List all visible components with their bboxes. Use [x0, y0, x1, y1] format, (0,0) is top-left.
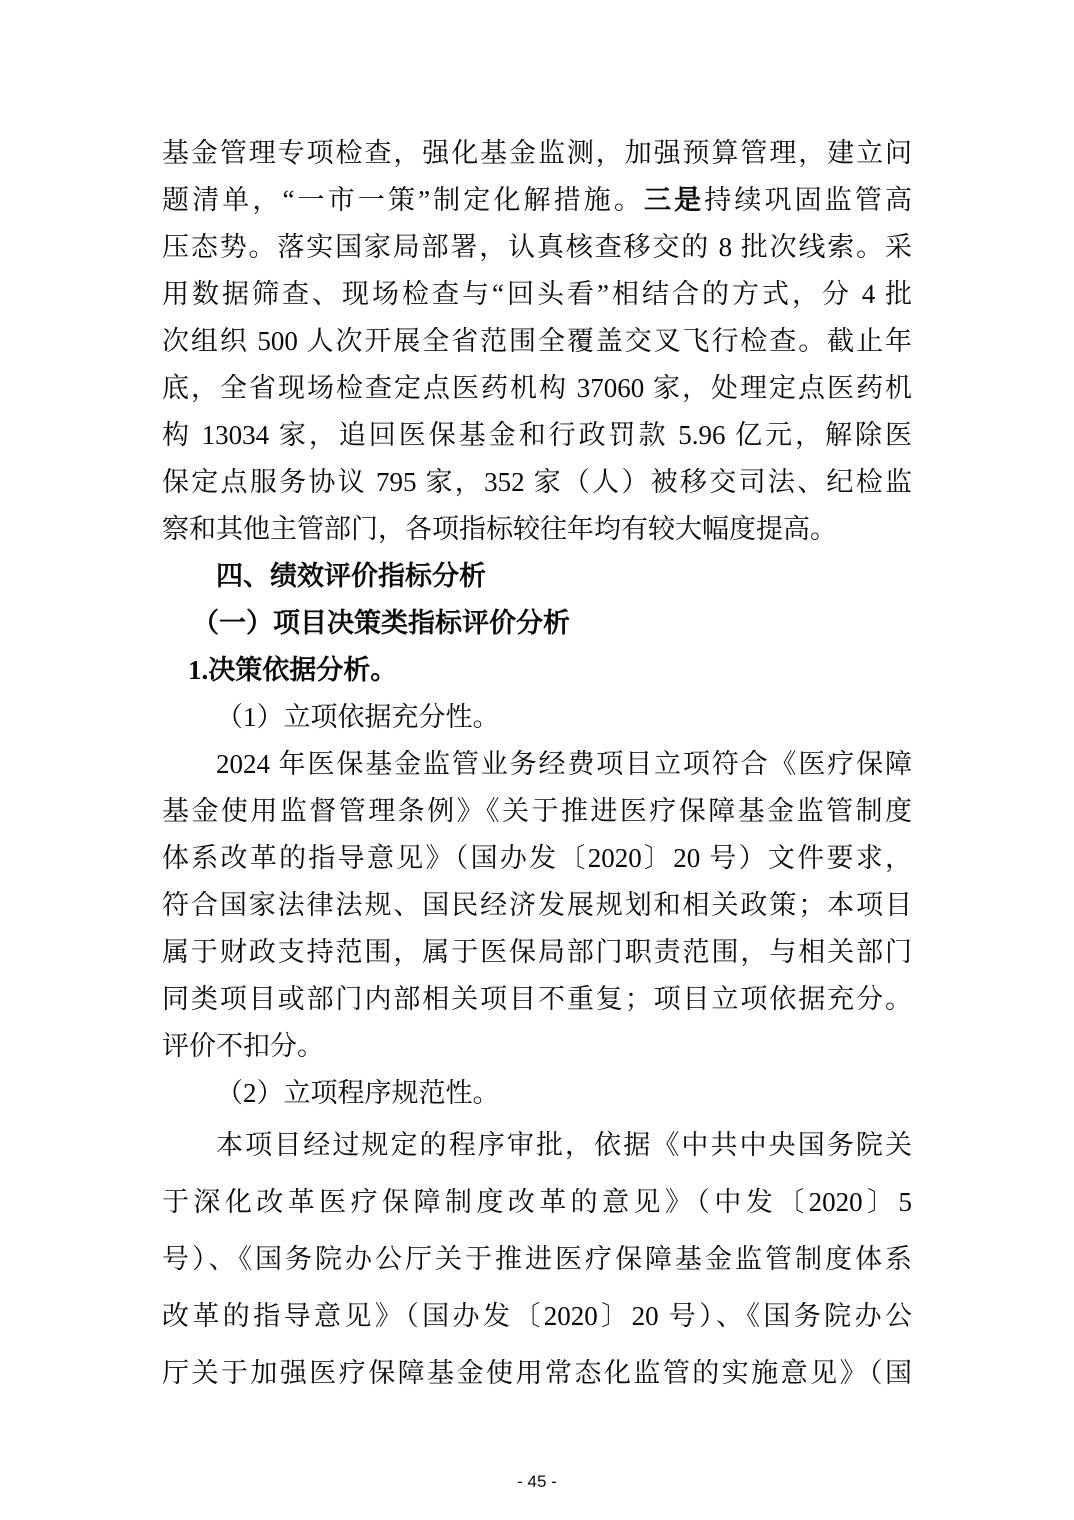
body-line: 底，全省现场检查定点医药机构 37060 家，处理定点医药机 [162, 365, 912, 412]
body-line: 号）、《国务院办公厅关于推进医疗保障基金监管制度体系 [162, 1231, 912, 1288]
page-number: - 45 - [0, 1472, 1074, 1492]
text-segment: 符合国家法律法规、国民经济发展规划和相关政策；本项目 [162, 890, 912, 920]
body-line: 保定点服务协议 795 家，352 家（人）被移交司法、纪检监 [162, 459, 912, 506]
body-line: 基金管理专项检查，强化基金监测，加强预算管理，建立问 [162, 130, 912, 177]
body-line: 本项目经过规定的程序审批，依据《中共中央国务院关 [162, 1117, 912, 1174]
text-segment: 基金使用监督管理条例》《关于推进医疗保障基金监管制度 [162, 796, 912, 826]
body-line: 构 13034 家，追回医保基金和行政罚款 5.96 亿元，解除医 [162, 412, 912, 459]
body-line: 基金使用监督管理条例》《关于推进医疗保障基金监管制度 [162, 788, 912, 835]
text-segment: 属于财政支持范围，属于医保局部门职责范围，与相关部门 [162, 937, 912, 967]
body-line: 符合国家法律法规、国民经济发展规划和相关政策；本项目 [162, 882, 912, 929]
section-heading: 四、绩效评价指标分析 [162, 553, 912, 600]
body-line: 同类项目或部门内部相关项目不重复；项目立项依据充分。 [162, 976, 912, 1023]
clause-heading: （1）立项依据充分性。 [162, 694, 912, 741]
body-line: 厅关于加强医疗保障基金使用常态化监管的实施意见》（国 [162, 1345, 912, 1402]
text-segment: 体系改革的指导意见》（国办发〔2020〕20 号）文件要求， [162, 843, 912, 873]
text-segment: 保定点服务协议 795 家，352 家（人）被移交司法、纪检监 [162, 467, 912, 497]
text-segment: 基金管理专项检查，强化基金监测，加强预算管理，建立问 [162, 138, 912, 168]
emphasized-text-segment: 三是 [644, 185, 704, 215]
body-line: 于深化改革医疗保障制度改革的意见》（中发〔2020〕5 [162, 1174, 912, 1231]
text-segment: 评价不扣分。 [162, 1031, 324, 1061]
text-segment: 底，全省现场检查定点医药机构 37060 家，处理定点医药机 [162, 373, 912, 403]
text-segment: 四、绩效评价指标分析 [216, 561, 486, 591]
body-line: 体系改革的指导意见》（国办发〔2020〕20 号）文件要求， [162, 835, 912, 882]
body-line: 题清单，“一市一策”制定化解措施。三是持续巩固监管高 [162, 177, 912, 224]
document-body: 基金管理专项检查，强化基金监测，加强预算管理，建立问题清单，“一市一策”制定化解… [162, 130, 912, 1402]
text-segment: 察和其他主管部门，各项指标较往年均有较大幅度提高。 [162, 514, 837, 544]
text-segment: 用数据筛查、现场检查与“回头看”相结合的方式，分 4 批 [162, 279, 912, 309]
body-line: 用数据筛查、现场检查与“回头看”相结合的方式，分 4 批 [162, 271, 912, 318]
text-segment: 题清单，“一市一策”制定化解措施。 [162, 185, 644, 215]
subsection-heading: （一）项目决策类指标评价分析 [162, 600, 912, 647]
text-segment: （1）立项依据充分性。 [216, 702, 500, 732]
body-line: 2024 年医保基金监管业务经费项目立项符合《医疗保障 [162, 741, 912, 788]
text-segment: 构 13034 家，追回医保基金和行政罚款 5.96 亿元，解除医 [162, 420, 912, 450]
text-segment: 厅关于加强医疗保障基金使用常态化监管的实施意见》（国 [162, 1358, 912, 1388]
numbered-heading: 1.决策依据分析。 [162, 647, 912, 694]
body-line: 评价不扣分。 [162, 1023, 912, 1070]
text-segment: 号）、《国务院办公厅关于推进医疗保障基金监管制度体系 [162, 1244, 912, 1274]
body-line: 改革的指导意见》（国办发〔2020〕20 号）、《国务院办公 [162, 1288, 912, 1345]
text-segment: 1.决策依据分析。 [188, 655, 397, 685]
text-segment: 次组织 500 人次开展全省范围全覆盖交叉飞行检查。截止年 [162, 326, 912, 356]
text-segment: 压态势。落实国家局部署，认真核查移交的 8 批次线索。采 [162, 232, 912, 262]
body-line: 属于财政支持范围，属于医保局部门职责范围，与相关部门 [162, 929, 912, 976]
text-segment: （2）立项程序规范性。 [216, 1078, 500, 1108]
text-segment: （一）项目决策类指标评价分析 [192, 608, 570, 638]
document-page: 基金管理专项检查，强化基金监测，加强预算管理，建立问题清单，“一市一策”制定化解… [0, 0, 1074, 1520]
clause-heading: （2）立项程序规范性。 [162, 1070, 912, 1117]
text-segment: 2024 年医保基金监管业务经费项目立项符合《医疗保障 [216, 749, 912, 779]
text-segment: 改革的指导意见》（国办发〔2020〕20 号）、《国务院办公 [162, 1301, 912, 1331]
text-segment: 同类项目或部门内部相关项目不重复；项目立项依据充分。 [162, 984, 912, 1014]
body-line: 压态势。落实国家局部署，认真核查移交的 8 批次线索。采 [162, 224, 912, 271]
text-segment: 于深化改革医疗保障制度改革的意见》（中发〔2020〕5 [162, 1187, 912, 1217]
body-line: 察和其他主管部门，各项指标较往年均有较大幅度提高。 [162, 506, 912, 553]
body-line: 次组织 500 人次开展全省范围全覆盖交叉飞行检查。截止年 [162, 318, 912, 365]
text-segment: 持续巩固监管高 [704, 185, 912, 215]
text-segment: 本项目经过规定的程序审批，依据《中共中央国务院关 [216, 1130, 912, 1160]
